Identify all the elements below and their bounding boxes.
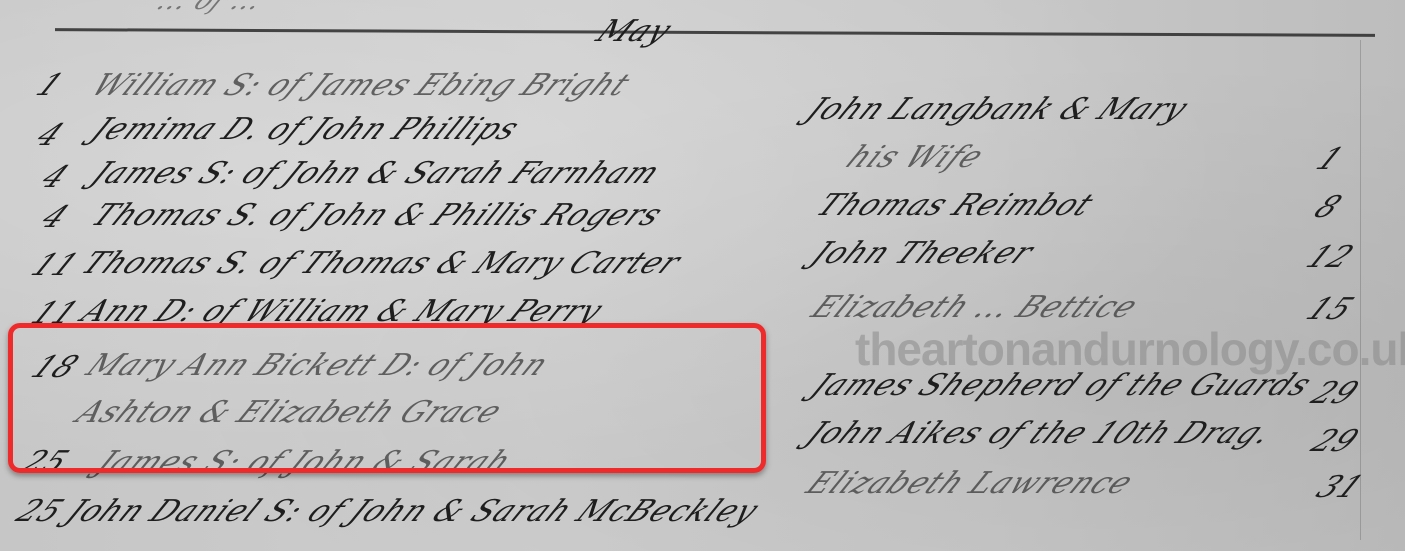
highlighted-entry-box bbox=[8, 323, 766, 473]
entry-text: Elizabeth ... Bettice bbox=[804, 290, 1146, 325]
entry-text: Thomas Reimbot bbox=[809, 188, 1101, 223]
header-fragment: ... of ... bbox=[151, 0, 271, 16]
entry-text: Thomas S. of Thomas & Mary Carter bbox=[74, 246, 688, 281]
column-divider bbox=[1360, 40, 1361, 540]
entry-text: William S: of James Ebing Bright bbox=[84, 68, 638, 103]
entry-text: Thomas S. of John & Phillis Rogers bbox=[84, 198, 670, 233]
entry-text: John Aikes of the 10th Drag. bbox=[799, 416, 1281, 451]
entry-text: James S: of John & Sarah Farnham bbox=[84, 156, 668, 191]
entry-text: Elizabeth Lawrence bbox=[799, 466, 1141, 501]
watermark: theartonandurnology.co.uk bbox=[855, 322, 1405, 376]
entry-text: Jemima D. of John Phillips bbox=[84, 112, 527, 147]
entry-text: John Theeker bbox=[804, 236, 1041, 271]
entry-text: his Wife bbox=[839, 140, 991, 175]
entry-text: John Daniel S: of John & Sarah McBeckley bbox=[59, 494, 766, 529]
entry-text: John Langbank & Mary bbox=[799, 92, 1196, 127]
